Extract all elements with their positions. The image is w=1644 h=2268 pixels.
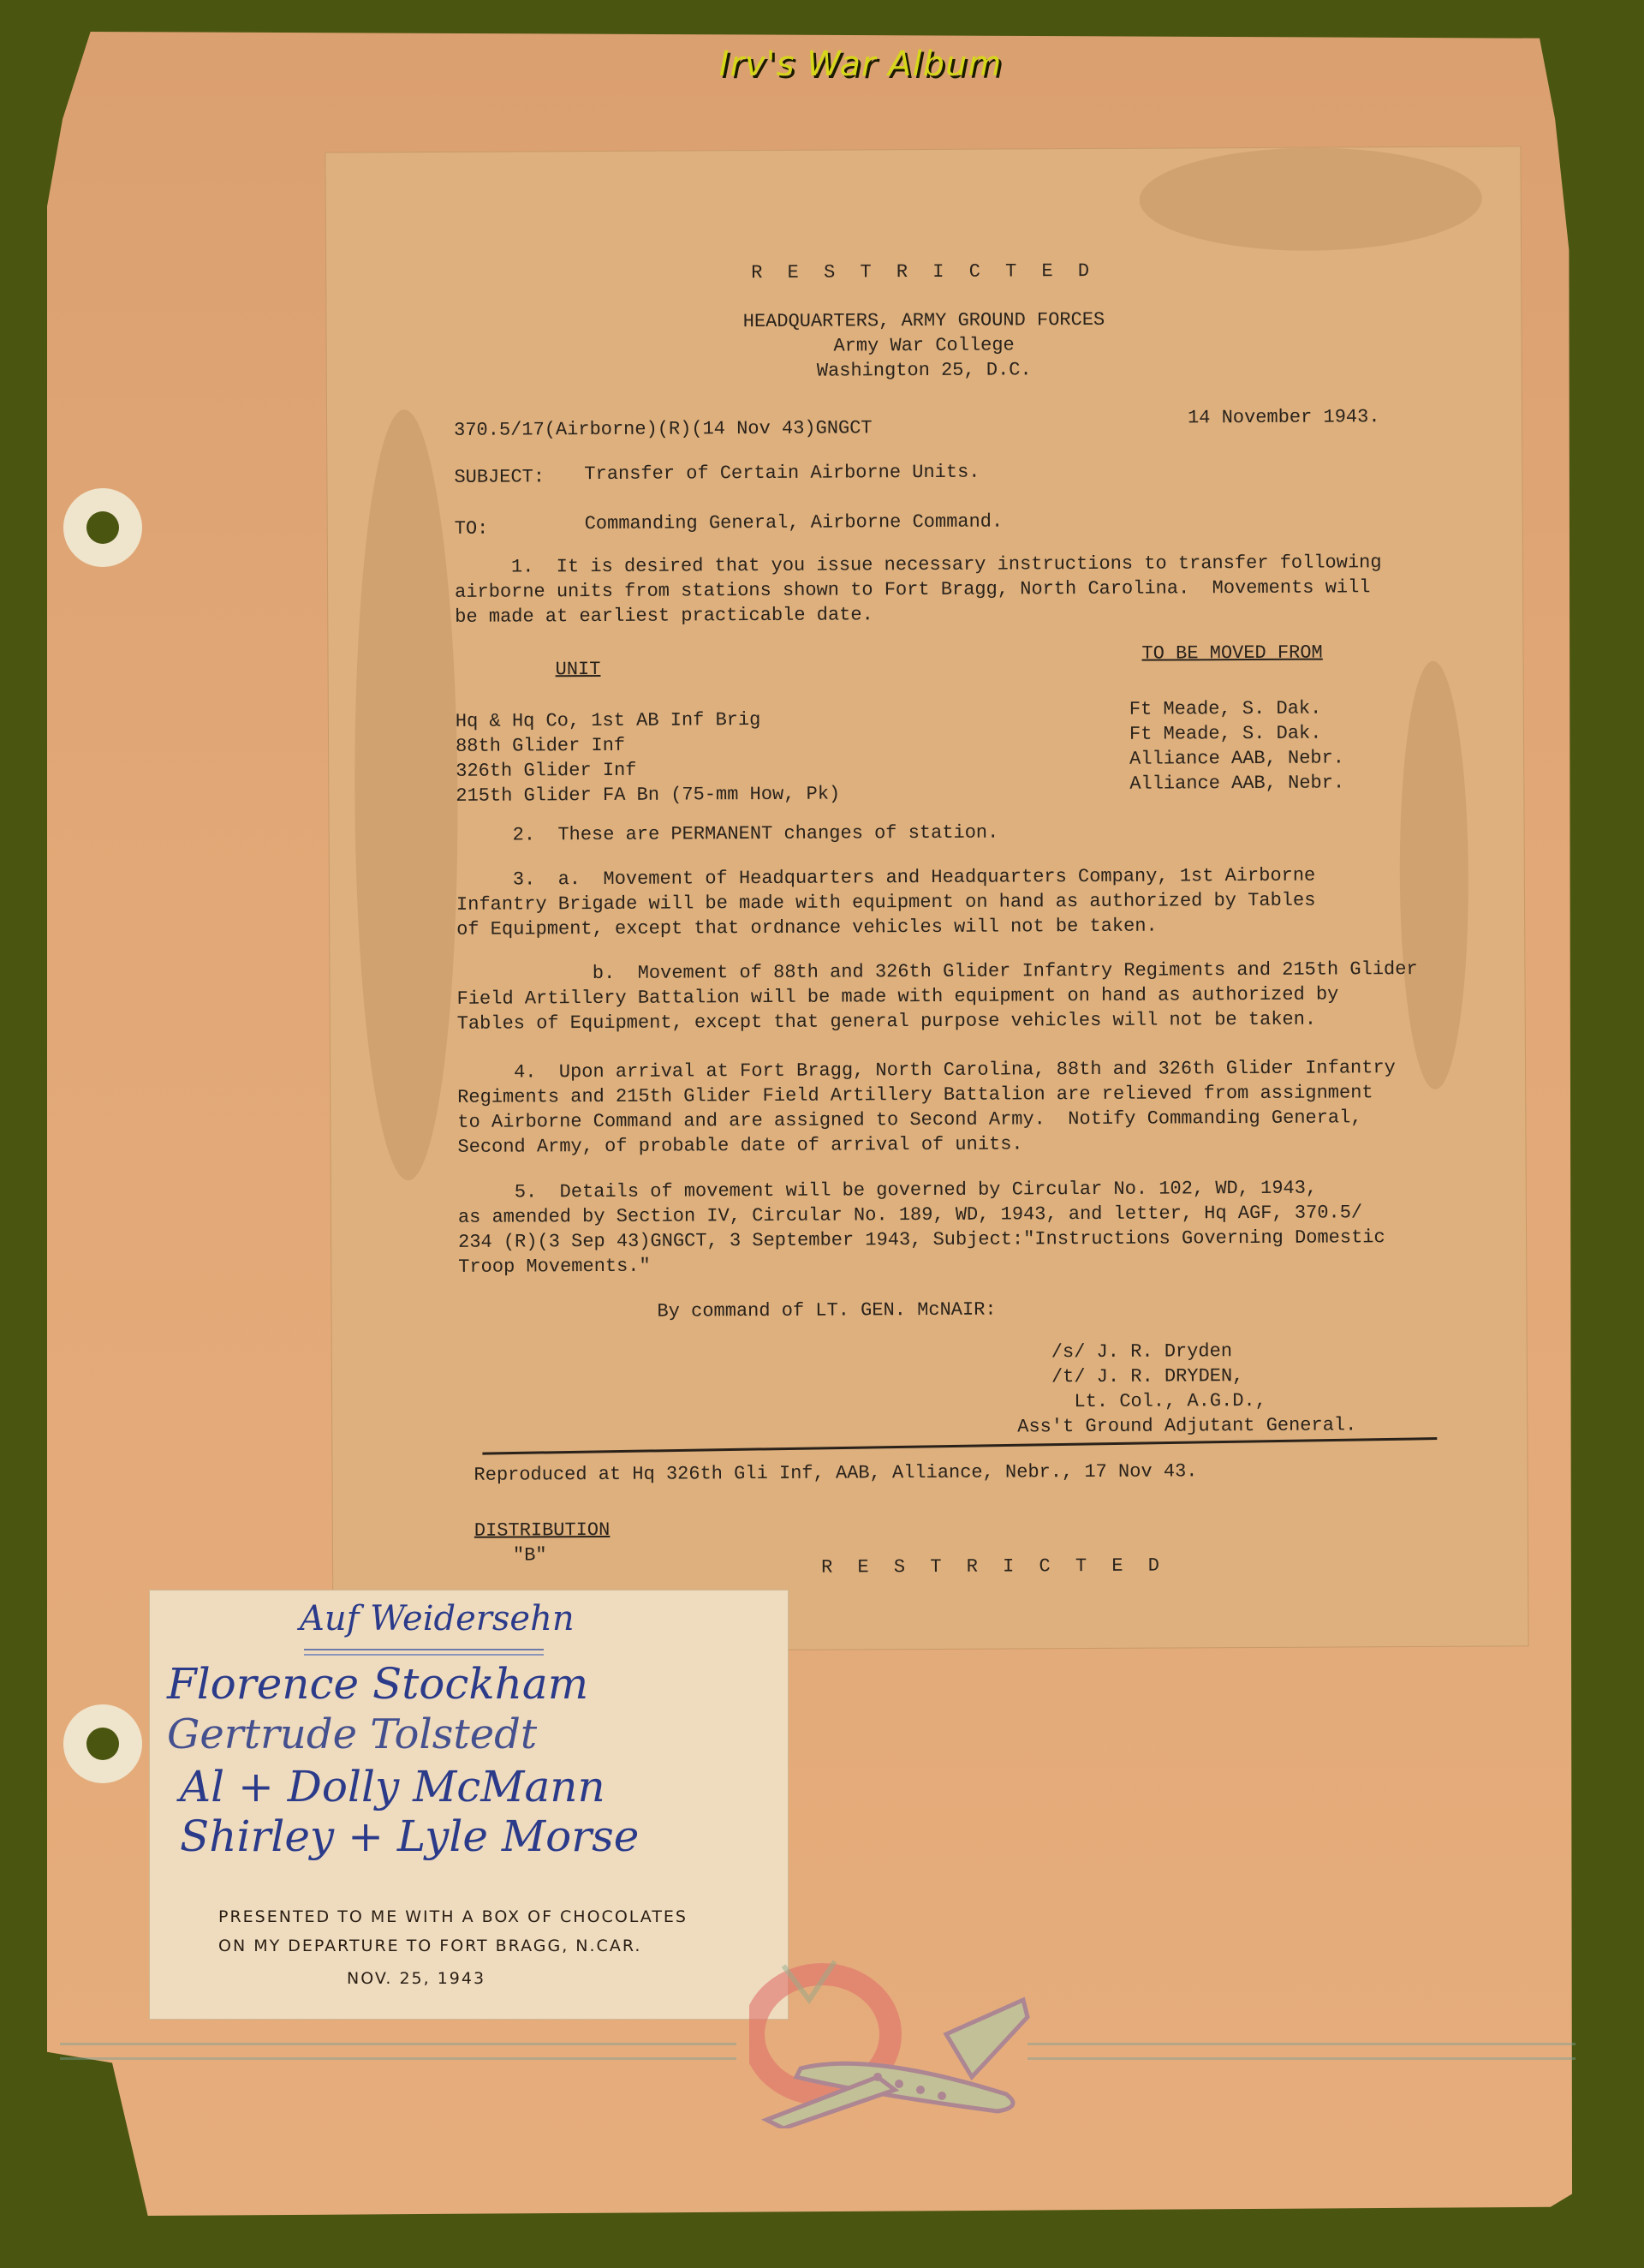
restricted-header: R E S T R I C T E D: [326, 256, 1521, 287]
caption-line-2: ON MY DEPARTURE TO FORT BRAGG, N.CAR.: [218, 1937, 641, 1955]
hole-punch-bottom: [63, 1704, 142, 1783]
to-text: Commanding General, Airborne Command.: [585, 510, 1004, 537]
caption-line-1: PRESENTED TO ME WITH A BOX OF CHOCOLATES: [218, 1907, 688, 1926]
paragraph-2: 2. These are PERMANENT changes of statio…: [456, 821, 999, 848]
name-line: Gertrude Tolstedt: [167, 1710, 537, 1758]
subject-text: Transfer of Certain Airborne Units.: [584, 460, 980, 486]
name-line: Florence Stockham: [167, 1659, 588, 1709]
column-header-unit: UNIT: [556, 657, 601, 682]
farewell-note-card: Auf Weidersehn Florence Stockham Gertrud…: [150, 1591, 788, 2019]
album-title: Irv's War Album: [0, 45, 1644, 84]
decorative-stripes-left: [60, 2043, 736, 2060]
heading-underline: [304, 1649, 544, 1656]
airplane-emblem-icon: [749, 1949, 1049, 2128]
divider-line: [482, 1437, 1437, 1455]
file-reference: 370.5/17(Airborne)(R)(14 Nov 43)GNGCT: [454, 415, 873, 443]
caption-date: NOV. 25, 1943: [347, 1969, 485, 1988]
to-label: TO:: [455, 516, 489, 541]
distribution-label: DISTRIBUTION: [474, 1518, 611, 1543]
memo-date: 14 November 1943.: [1188, 404, 1380, 430]
hole-punch-top: [63, 488, 142, 567]
restricted-footer: R E S T R I C T E D: [821, 1554, 1166, 1580]
name-line: Al + Dolly McMann: [180, 1762, 605, 1811]
reproduced-line: Reproduced at Hq 326th Gli Inf, AAB, All…: [474, 1459, 1197, 1487]
org-line-3: Washington 25, D.C.: [327, 355, 1522, 385]
subject-label: SUBJECT:: [454, 464, 545, 490]
by-command-line: By command of LT. GEN. McNAIR:: [657, 1298, 996, 1324]
column-header-from: TO BE MOVED FROM: [1141, 641, 1322, 666]
name-line: Shirley + Lyle Morse: [180, 1811, 639, 1861]
distribution-value: "B": [513, 1543, 547, 1567]
note-heading: Auf Weidersehn: [300, 1599, 575, 1638]
decorative-stripes-right: [1027, 2043, 1575, 2060]
typed-memo: R E S T R I C T E D HEADQUARTERS, ARMY G…: [325, 146, 1528, 1651]
